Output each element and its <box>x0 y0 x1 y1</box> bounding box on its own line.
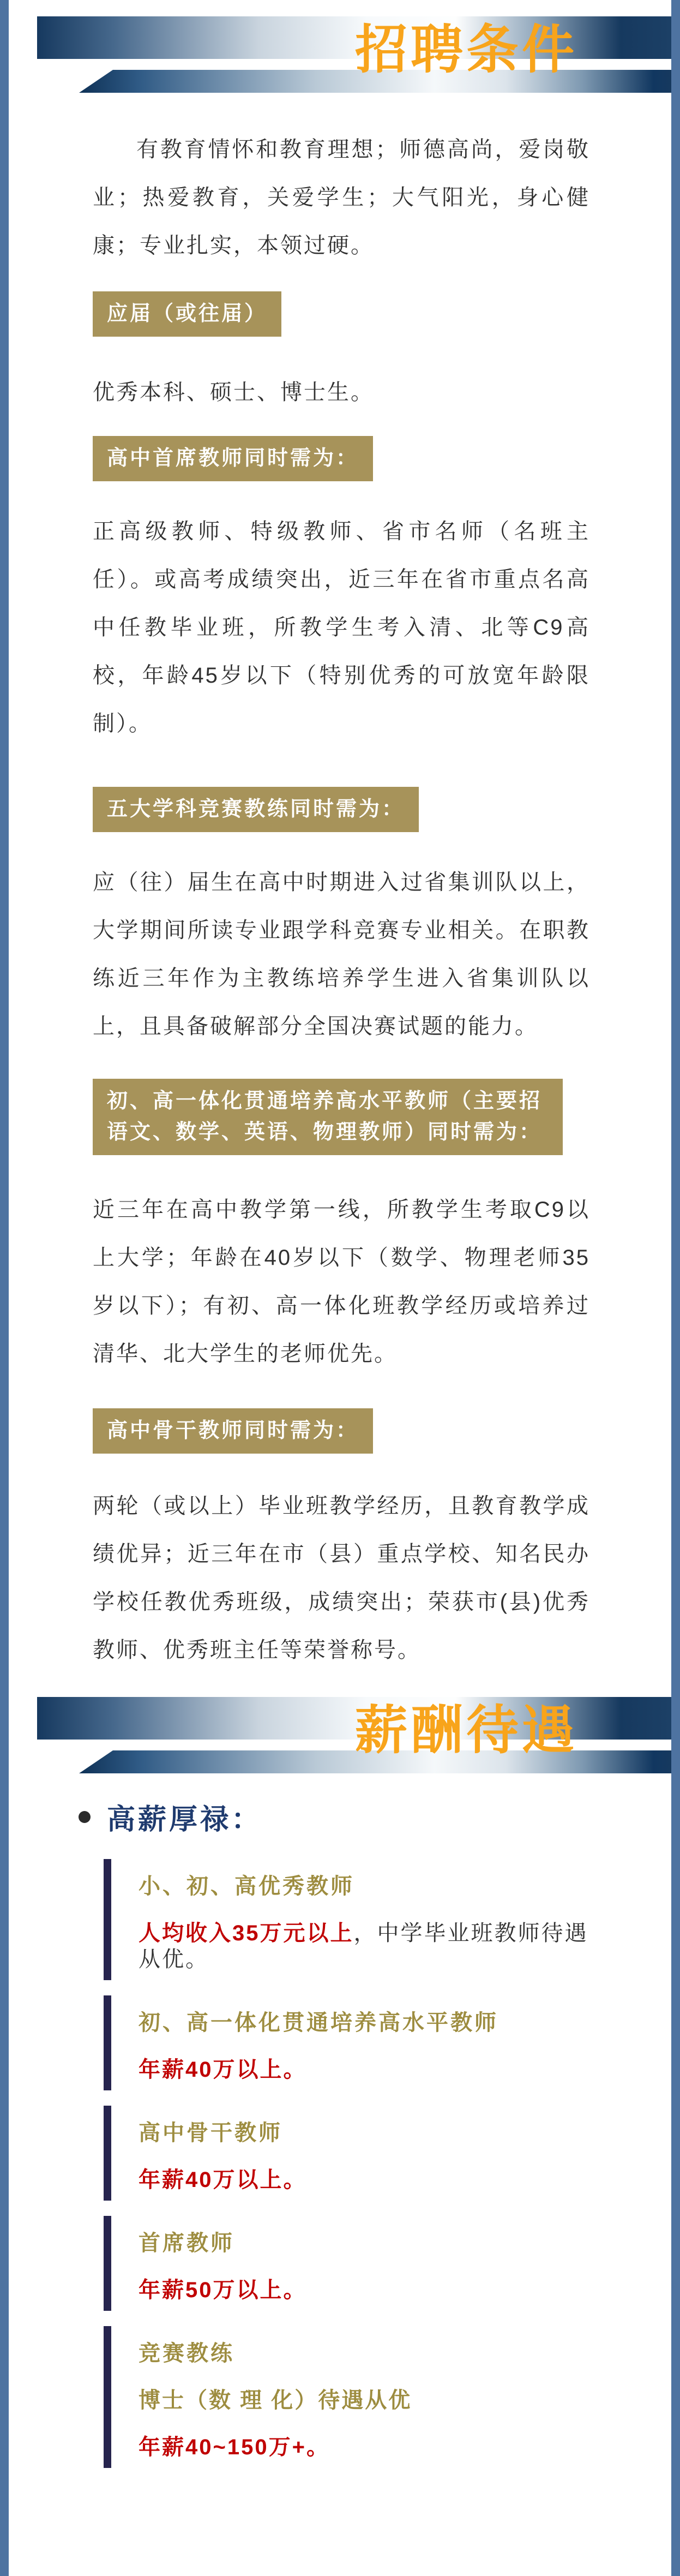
body-competition-coach: 应（往）届生在高中时期进入过省集训队以上，大学期间所读专业跟学科竞赛专业相关。在… <box>93 858 590 1050</box>
salary-item-integrated-teacher: 初、高一体化贯通培养高水平教师 年薪40万以上。 <box>104 1995 590 2090</box>
salary-item-title: 首席教师 <box>139 2230 307 2256</box>
salary-heading: 高薪厚禄： <box>107 1796 262 1837</box>
salary-item-body: 首席教师 年薪50万以上。 <box>111 2216 307 2311</box>
salary-highlight: 人均收入35万元以上 <box>139 1921 354 1945</box>
badge-backbone-teacher: 高中骨干教师同时需为： <box>93 1408 373 1454</box>
badge-chief-teacher: 高中首席教师同时需为： <box>93 436 373 481</box>
salary-item-competition-coach: 竞赛教练 博士（数 理 化）待遇从优 年薪40~150万+。 <box>104 2326 590 2468</box>
salary-item-body: 初、高一体化贯通培养高水平教师 年薪40万以上。 <box>111 1995 498 2090</box>
item-accent-bar <box>104 1859 111 1980</box>
salary-heading-row: 高薪厚禄： <box>79 1796 590 1837</box>
badge-competition-coach: 五大学科竞赛教练同时需为： <box>93 787 419 832</box>
item-accent-bar <box>104 2106 111 2201</box>
salary-item-title: 高中骨干教师 <box>139 2120 307 2146</box>
salary-item-amount: 年薪50万以上。 <box>139 2277 307 2303</box>
salary-section: 高薪厚禄： 小、初、高优秀教师 人均收入35万元以上，中学毕业班教师待遇从优。 … <box>0 1796 680 2468</box>
badge-fresh-graduates: 应届（或往届） <box>93 291 281 337</box>
salary-banner-title: 薪酬待遇 <box>355 1705 577 1757</box>
salary-item-body: 竞赛教练 博士（数 理 化）待遇从优 年薪40~150万+。 <box>111 2326 412 2468</box>
salary-banner: 薪酬待遇 <box>0 1697 680 1773</box>
salary-item-excellent-teachers: 小、初、高优秀教师 人均收入35万元以上，中学毕业班教师待遇从优。 <box>104 1859 590 1980</box>
badge-integrated-training-teacher: 初、高一体化贯通培养高水平教师（主要招语文、数学、英语、物理教师）同时需为： <box>93 1079 563 1155</box>
recruitment-banner: 招聘条件 <box>0 16 680 93</box>
salary-item-backbone-teacher: 高中骨干教师 年薪40万以上。 <box>104 2106 590 2201</box>
salary-item-chief-teacher: 首席教师 年薪50万以上。 <box>104 2216 590 2311</box>
page-border-left <box>0 0 9 2576</box>
item-accent-bar <box>104 2216 111 2311</box>
bullet-icon <box>79 1811 91 1823</box>
salary-item-amount: 年薪40万以上。 <box>139 2167 307 2193</box>
salary-item-title: 竞赛教练 <box>139 2340 412 2366</box>
salary-item-amount: 年薪40万以上。 <box>139 2057 498 2083</box>
body-backbone-teacher: 两轮（或以上）毕业班教学经历，且教育教学成绩优异；近三年在市（县）重点学校、知名… <box>93 1482 590 1674</box>
salary-item-subtitle: 博士（数 理 化）待遇从优 <box>139 2387 412 2413</box>
salary-item-title: 小、初、高优秀教师 <box>139 1873 590 1899</box>
body-chief-teacher: 正高级教师、特级教师、省市名师（名班主任）。或高考成绩突出，近三年在省市重点名高… <box>93 507 590 748</box>
item-accent-bar <box>104 2326 111 2468</box>
requirements-section: 有教育情怀和教育理想；师德高尚，爱岗敬业；热爱教育，关爱学生；大气阳光，身心健康… <box>0 125 680 1674</box>
item-accent-bar <box>104 1995 111 2090</box>
salary-item-body: 高中骨干教师 年薪40万以上。 <box>111 2106 307 2201</box>
recruitment-banner-title: 招聘条件 <box>355 24 577 76</box>
salary-item-body: 小、初、高优秀教师 人均收入35万元以上，中学毕业班教师待遇从优。 <box>111 1859 590 1980</box>
body-fresh-graduates: 优秀本科、硕士、博士生。 <box>93 368 590 416</box>
salary-item-detail: 人均收入35万元以上，中学毕业班教师待遇从优。 <box>139 1920 590 1973</box>
requirements-intro-paragraph: 有教育情怀和教育理想；师德高尚，爱岗敬业；热爱教育，关爱学生；大气阳光，身心健康… <box>93 125 590 270</box>
page-border-right <box>671 0 680 2576</box>
salary-item-title: 初、高一体化贯通培养高水平教师 <box>139 2010 498 2036</box>
body-integrated-training-teacher: 近三年在高中教学第一线，所教学生考取C9以上大学；年龄在40岁以下（数学、物理老… <box>93 1186 590 1378</box>
salary-item-amount: 年薪40~150万+。 <box>139 2434 412 2460</box>
